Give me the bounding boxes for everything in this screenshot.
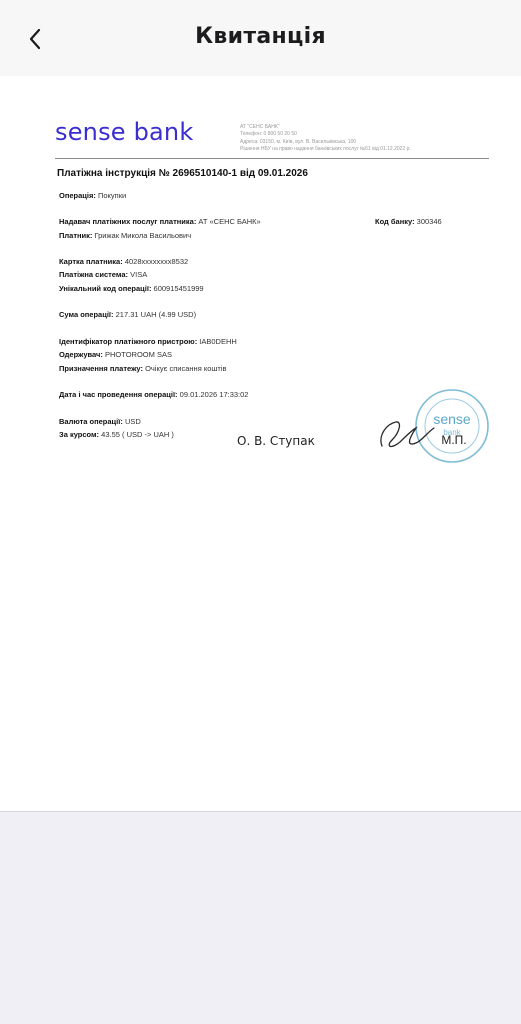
field-payment-system: Платіжна система: VISA (59, 270, 147, 279)
bank-info-line: Адреса: 03150, м. Київ, вул. В. Василькі… (240, 139, 500, 146)
field-device-id: Ідентифікатор платіжного пристрою: IAB0D… (59, 337, 237, 346)
svg-text:sense: sense (433, 411, 471, 427)
field-recipient: Одержувач: PHOTOROOM SAS (59, 350, 172, 359)
bank-info: АТ "СЕНС БАНК" Телефон: 0 800 50 20 50 А… (240, 124, 500, 154)
receipt-document: sense bank АТ "СЕНС БАНК" Телефон: 0 800… (0, 76, 521, 812)
bank-info-line: АТ "СЕНС БАНК" (240, 124, 500, 131)
bank-info-line: Телефон: 0 800 50 20 50 (240, 131, 500, 138)
bank-logo: sense bank (55, 118, 193, 146)
app-header: Квитанція (0, 0, 521, 76)
field-operation: Операція: Покупки (59, 191, 126, 200)
field-provider: Надавач платіжних послуг платника: АТ «С… (59, 217, 261, 226)
page-title: Квитанція (0, 24, 521, 49)
bank-info-line: Рішення НБУ на право надання банківських… (240, 146, 500, 153)
field-amount: Сума операції: 217.31 UAH (4.99 USD) (59, 310, 196, 319)
field-rate: За курсом: 43.55 ( USD -> UAH ) (59, 430, 174, 439)
field-currency: Валюта операції: USD (59, 417, 141, 426)
stamp-signature-icon: sense bank М.П. (372, 384, 492, 468)
field-bank-code: Код банку: 300346 (375, 217, 442, 226)
svg-text:М.П.: М.П. (441, 433, 466, 447)
divider (55, 158, 489, 159)
field-unique-code: Унікальний код операції: 600915451999 (59, 284, 204, 293)
document-title: Платіжна інструкція № 2696510140-1 від 0… (57, 168, 308, 179)
field-purpose: Призначення платежу: Очікує списання кош… (59, 364, 227, 373)
field-card: Картка платника: 4028xxxxxxxx8532 (59, 257, 188, 266)
field-payer: Платник: Грижак Микола Васильович (59, 231, 191, 240)
field-datetime: Дата і час проведення операції: 09.01.20… (59, 390, 248, 399)
signer-name: О. В. Ступак (237, 434, 315, 448)
